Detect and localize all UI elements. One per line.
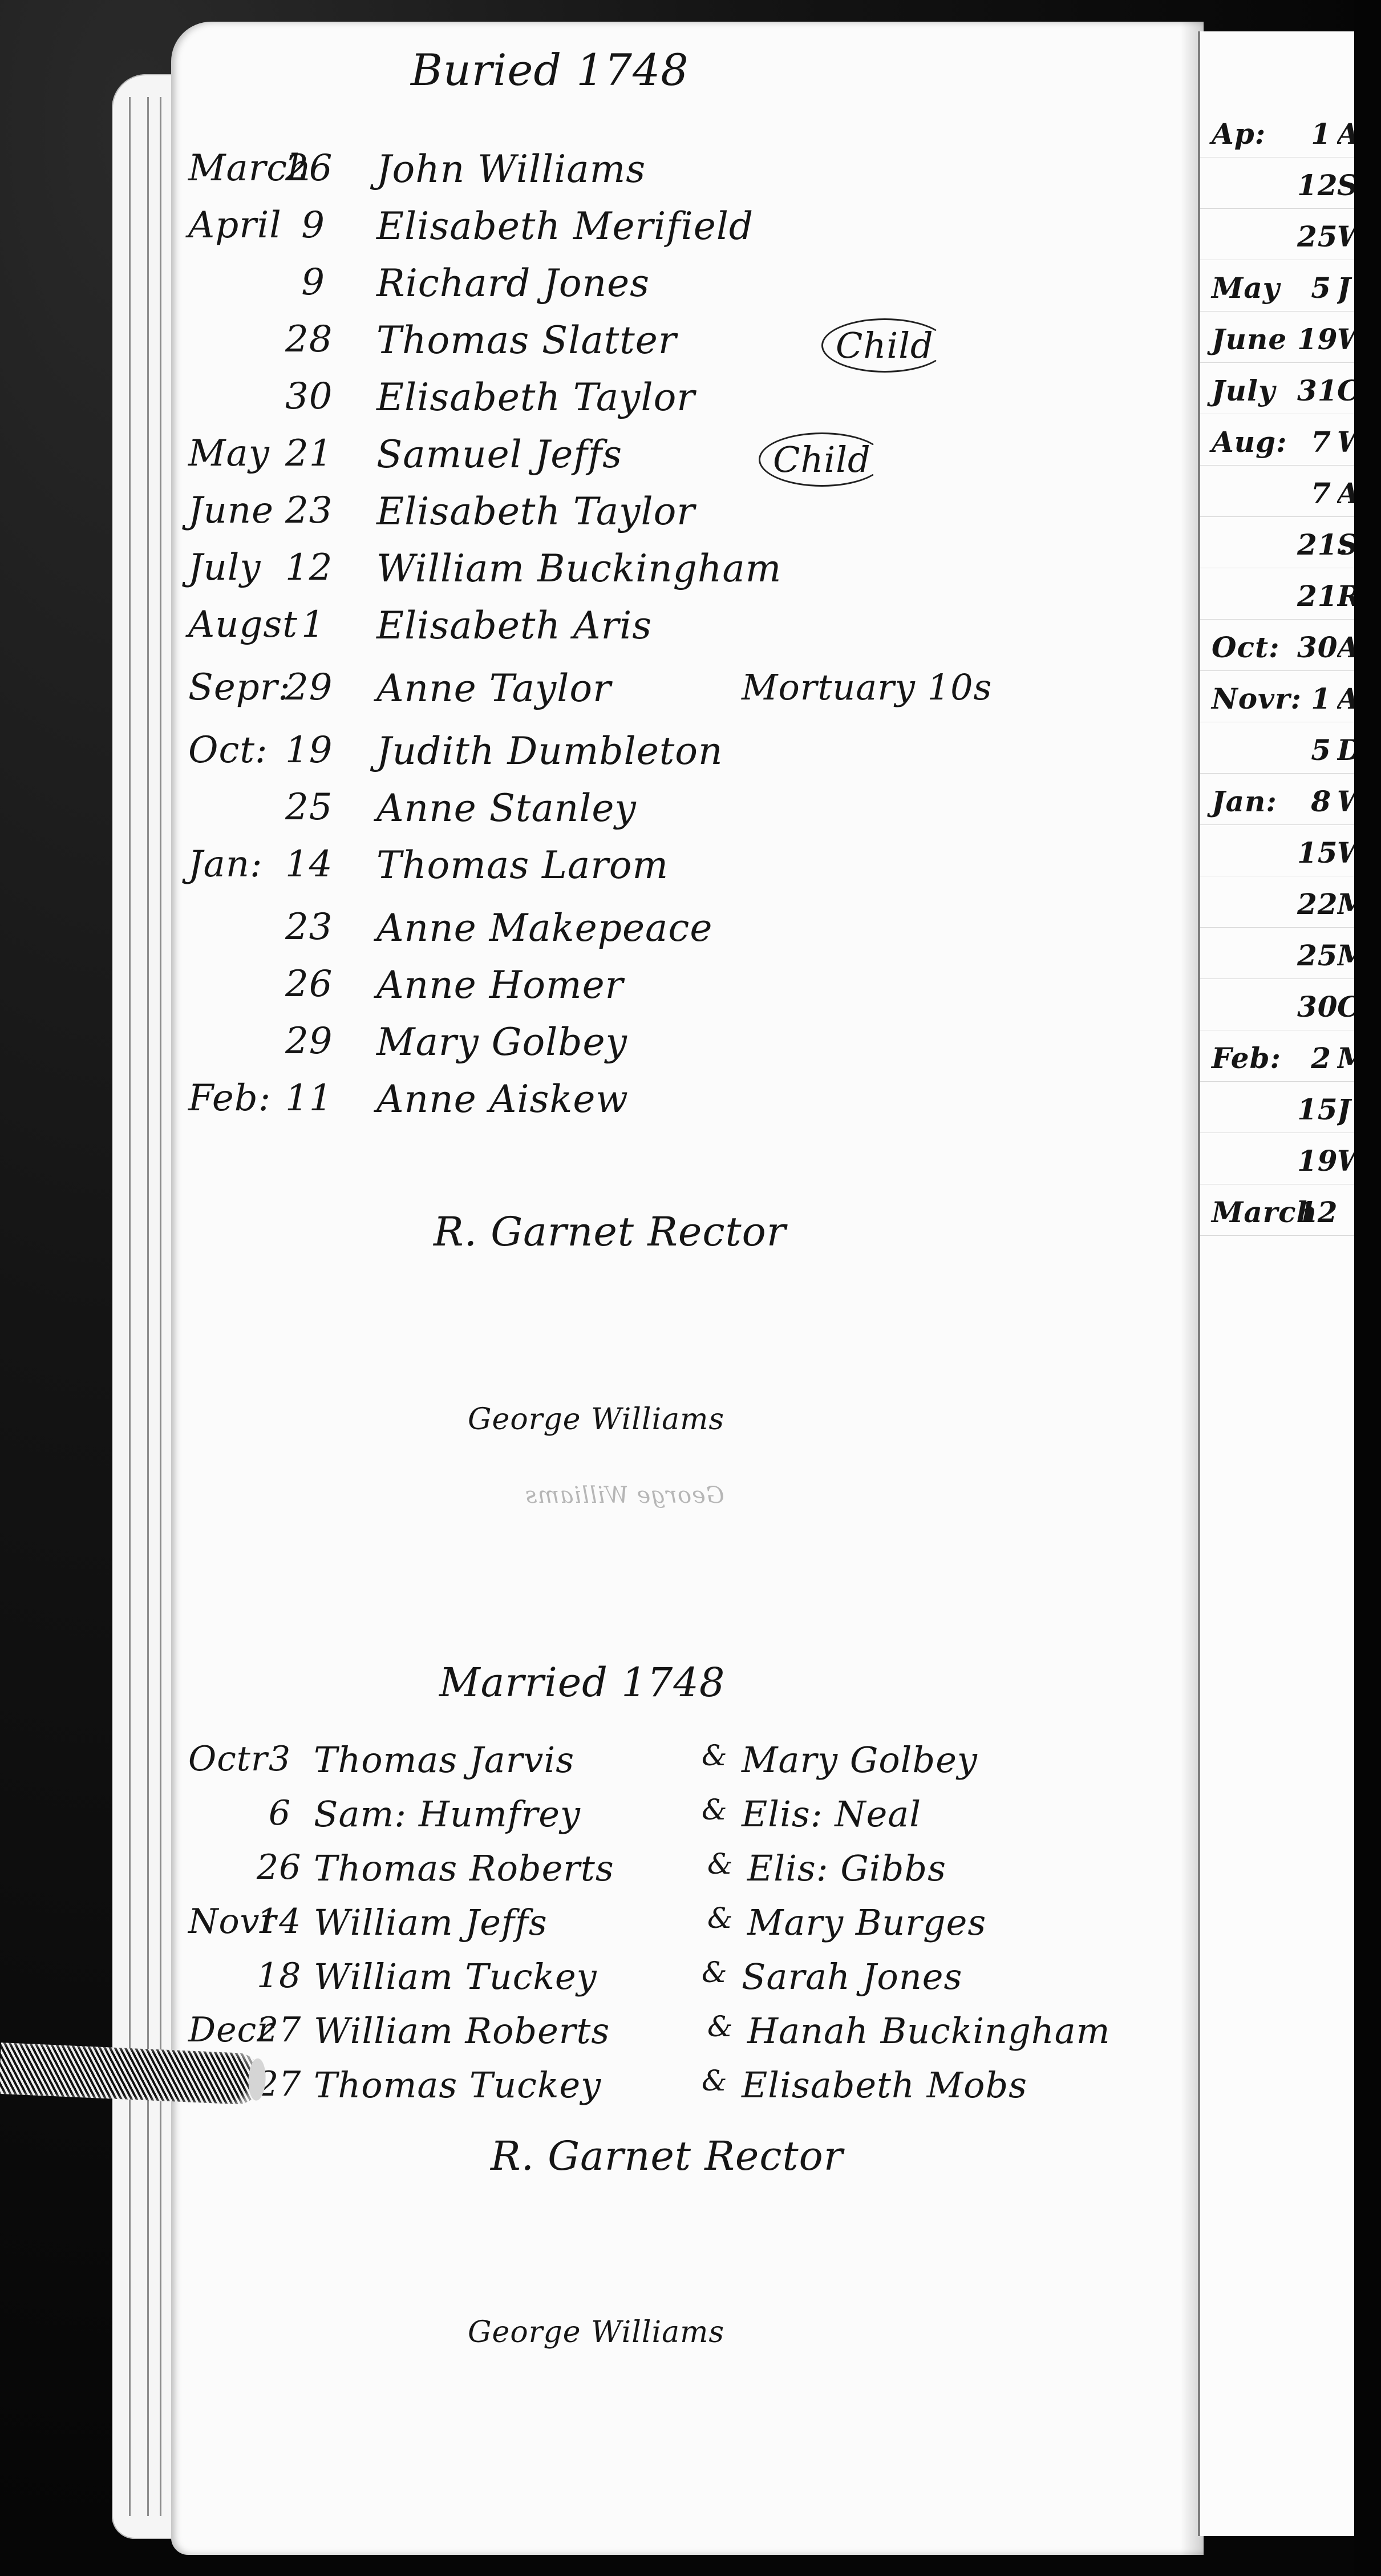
- entry-day: 5: [1297, 733, 1331, 767]
- entry-month: Oct:: [1212, 630, 1280, 664]
- right-page-entry: 15J: [1200, 1093, 1356, 1144]
- entry-day: 25: [1297, 220, 1331, 253]
- marriage-entry: 27Thomas Tuckey&Elisabeth Mobs: [171, 2064, 1198, 2121]
- entry-day: 1: [1297, 117, 1331, 151]
- marriage-entry: 18William Tuckey&Sarah Jones: [171, 1956, 1198, 2013]
- entry-name-initial: W: [1337, 220, 1356, 253]
- burial-entry: Sepr:29Anne TaylorMortuary 10s: [171, 666, 1198, 723]
- burial-entry: 9Richard Jones: [171, 261, 1198, 318]
- bride-name: Sarah Jones: [742, 1956, 962, 1997]
- burial-entry: March26John Williams: [171, 147, 1198, 204]
- groom-name: William Tuckey: [314, 1956, 597, 1997]
- entry-name: Anne Aiskew: [376, 1077, 629, 1121]
- groom-name: Sam: Humfrey: [314, 1793, 581, 1835]
- entry-day: 29: [285, 666, 325, 709]
- burial-entry: Jan:14Thomas Larom: [171, 843, 1198, 900]
- entry-month: Jan:: [188, 843, 263, 885]
- groom-name: William Roberts: [314, 2010, 610, 2052]
- entry-name-initial: J: [1337, 1093, 1356, 1126]
- right-page-entry: Jan:8W: [1200, 784, 1356, 836]
- entry-month: June: [1212, 322, 1287, 356]
- entry-name-initial: D: [1337, 733, 1356, 767]
- entry-day: 8: [1297, 784, 1331, 818]
- right-page-entry: June19W: [1200, 322, 1356, 374]
- entry-name-initial: W: [1337, 425, 1356, 459]
- entry-day: 14: [285, 843, 325, 885]
- entry-name-initial: A: [1337, 476, 1356, 510]
- right-page-entry: 30C: [1200, 990, 1356, 1041]
- entry-month: July: [188, 547, 261, 589]
- right-page-entry: May5J: [1200, 271, 1356, 322]
- entry-day: 30: [1297, 630, 1331, 664]
- entry-name: Anne Stanley: [376, 786, 637, 830]
- ampersand: &: [707, 1902, 734, 1935]
- right-page-entry: 22M: [1200, 887, 1356, 939]
- entry-day: 1: [1297, 682, 1331, 715]
- entry-name-initial: C: [1337, 374, 1356, 407]
- burial-entry: May21Samuel JeffsChild: [171, 432, 1198, 490]
- bride-name: Mary Burges: [747, 1902, 986, 1943]
- entry-day: 15: [1297, 836, 1331, 870]
- entry-day: 19: [285, 729, 325, 771]
- entry-name: Anne Homer: [376, 963, 623, 1007]
- right-page-entry: 5D: [1200, 733, 1356, 784]
- entry-day: 9: [285, 204, 325, 246]
- ampersand: &: [707, 2010, 734, 2043]
- entry-name: Richard Jones: [376, 261, 650, 305]
- entry-day: 26: [285, 147, 325, 189]
- right-page-entry: 12S: [1200, 168, 1356, 220]
- ampersand: &: [702, 1739, 728, 1772]
- bride-name: Elis: Gibbs: [747, 1847, 946, 1889]
- entry-note: Mortuary 10s: [742, 666, 992, 708]
- burials-rector-signature: R. Garnet Rector: [434, 1208, 786, 1255]
- burial-entry: June23Elisabeth Taylor: [171, 490, 1198, 547]
- entry-month: May: [188, 432, 270, 475]
- entry-day: 29: [285, 1020, 325, 1062]
- marriages-warden-signature: George Williams: [468, 2315, 724, 2349]
- entry-name: Judith Dumbleton: [376, 729, 723, 773]
- right-page-entry: Ap:1A: [1200, 117, 1356, 168]
- right-page-entry: 7A: [1200, 476, 1356, 528]
- entry-day: 27: [257, 2010, 291, 2050]
- right-page-entry: 19W: [1200, 1144, 1356, 1195]
- entry-day: 21: [1297, 579, 1331, 613]
- entry-name-initial: M: [1337, 939, 1356, 972]
- entry-month: Augst: [188, 604, 298, 646]
- entry-name: Elisabeth Taylor: [376, 490, 695, 533]
- entry-month: April: [188, 204, 282, 246]
- burial-entry: Oct:19Judith Dumbleton: [171, 729, 1198, 786]
- burial-entry: Augst1Elisabeth Aris: [171, 604, 1198, 661]
- entry-day: 1: [285, 604, 325, 646]
- entry-note: Child: [759, 432, 885, 487]
- marriages-title: Married 1748: [439, 1659, 725, 1706]
- entry-month: May: [1212, 271, 1280, 305]
- entry-day: 30: [285, 375, 325, 418]
- entry-day: 25: [1297, 939, 1331, 972]
- ampersand: &: [702, 2064, 728, 2097]
- right-dark-edge: [1354, 0, 1381, 2576]
- marriages-rector-signature: R. Garnet Rector: [491, 2133, 843, 2179]
- entry-day: 23: [285, 906, 325, 948]
- entry-name: Thomas Slatter: [376, 318, 677, 362]
- burial-entry: 23Anne Makepeace: [171, 906, 1198, 963]
- entry-name-initial: A: [1337, 682, 1356, 715]
- entry-day: 25: [285, 786, 325, 828]
- entry-day: 12: [285, 547, 325, 589]
- marriage-entry: 26Thomas Roberts&Elis: Gibbs: [171, 1847, 1198, 1904]
- burial-entry: April9Elisabeth Merifield: [171, 204, 1198, 261]
- entry-name: William Buckingham: [376, 547, 781, 591]
- entry-name-initial: W: [1337, 1144, 1356, 1178]
- bride-name: Mary Golbey: [742, 1739, 978, 1781]
- entry-name: Elisabeth Aris: [376, 604, 652, 648]
- entry-month: June: [188, 490, 274, 532]
- ampersand: &: [702, 1956, 728, 1989]
- entry-day: 21: [285, 432, 325, 475]
- entry-name: John Williams: [376, 147, 646, 191]
- entry-name-initial: J: [1337, 271, 1356, 305]
- marriage-entry: Octr3Thomas Jarvis&Mary Golbey: [171, 1739, 1198, 1796]
- entry-day: 7: [1297, 476, 1331, 510]
- entry-day: 18: [257, 1956, 291, 1996]
- entry-day: 12: [1297, 168, 1331, 202]
- left-page: Buried 1748 March26John WilliamsApril9El…: [171, 22, 1204, 2555]
- entry-month: Sepr:: [188, 666, 291, 709]
- right-page-entry: Aug:7W: [1200, 425, 1356, 476]
- entry-day: 9: [285, 261, 325, 304]
- burial-entry: 28Thomas SlatterChild: [171, 318, 1198, 375]
- marriage-entry: Decr27William Roberts&Hanah Buckingham: [171, 2010, 1198, 2067]
- entry-month: Jan:: [1212, 784, 1277, 818]
- marriage-entry: Novr14William Jeffs&Mary Burges: [171, 1902, 1198, 1959]
- right-page-entry: Oct:30A: [1200, 630, 1356, 682]
- entry-day: 12: [1297, 1195, 1331, 1229]
- burial-entry: 25Anne Stanley: [171, 786, 1198, 843]
- right-page-entry: 25W: [1200, 220, 1356, 271]
- entry-name-initial: M: [1337, 1041, 1356, 1075]
- entry-name-initial: C: [1337, 990, 1356, 1024]
- burial-entry: July12William Buckingham: [171, 547, 1198, 604]
- entry-day: 30: [1297, 990, 1331, 1024]
- entry-name: Elisabeth Merifield: [376, 204, 754, 248]
- entry-month: July: [1212, 374, 1275, 407]
- entry-note: Child: [821, 318, 948, 373]
- entry-day: 26: [257, 1847, 291, 1887]
- right-page-entry: Feb:2M: [1200, 1041, 1356, 1093]
- marriage-entry: 6Sam: Humfrey&Elis: Neal: [171, 1793, 1198, 1850]
- entry-month: Ap:: [1212, 117, 1266, 151]
- groom-name: Thomas Roberts: [314, 1847, 614, 1889]
- ampersand: &: [707, 1847, 734, 1881]
- entry-month: Feb:: [1212, 1041, 1281, 1075]
- entry-day: 7: [1297, 425, 1331, 459]
- entry-day: 2: [1297, 1041, 1331, 1075]
- entry-name-initial: W: [1337, 322, 1356, 356]
- entry-day: 22: [1297, 887, 1331, 921]
- entry-month: Oct:: [188, 729, 268, 771]
- bride-name: Hanah Buckingham: [747, 2010, 1110, 2052]
- entry-day: 23: [285, 490, 325, 532]
- entry-day: 11: [285, 1077, 325, 1119]
- right-page-entry: 21.S: [1200, 528, 1356, 579]
- entry-month: Aug:: [1212, 425, 1287, 459]
- entry-name-initial: S: [1337, 168, 1356, 202]
- entry-name: Mary Golbey: [376, 1020, 627, 1064]
- entry-name: Anne Makepeace: [376, 906, 712, 950]
- right-page-fragment: Ap:1A12S25WMay5JJune19WJuly31CAug:7W7A21…: [1198, 31, 1354, 2536]
- entry-day: 21.: [1297, 528, 1331, 561]
- right-page-entry: March12: [1200, 1195, 1356, 1247]
- entry-name: Thomas Larom: [376, 843, 669, 887]
- burials-warden-signature: George Williams: [468, 1402, 724, 1437]
- bleed-through-text: George Williams: [525, 1482, 724, 1509]
- entry-day: 3: [257, 1739, 291, 1779]
- entry-day: 19: [1297, 1144, 1331, 1178]
- entry-day: 31: [1297, 374, 1331, 407]
- entry-name-initial: A: [1337, 117, 1356, 151]
- groom-name: William Jeffs: [314, 1902, 548, 1943]
- bride-name: Elis: Neal: [742, 1793, 921, 1835]
- entry-name: Elisabeth Taylor: [376, 375, 695, 419]
- entry-month: Novr:: [1212, 682, 1302, 715]
- entry-day: 26: [285, 963, 325, 1005]
- entry-name-initial: M: [1337, 887, 1356, 921]
- entry-name-initial: R: [1337, 579, 1356, 613]
- entry-name-initial: S: [1337, 528, 1356, 561]
- burial-entry: Feb:11Anne Aiskew: [171, 1077, 1198, 1134]
- entry-name-initial: W: [1337, 784, 1356, 818]
- burial-entry: 26Anne Homer: [171, 963, 1198, 1020]
- groom-name: Thomas Tuckey: [314, 2064, 601, 2106]
- burials-title: Buried 1748: [411, 45, 689, 95]
- entry-name: Samuel Jeffs: [376, 432, 622, 476]
- burial-entry: 29Mary Golbey: [171, 1020, 1198, 1077]
- entry-name: Anne Taylor: [376, 666, 611, 710]
- entry-day: 14: [257, 1902, 291, 1942]
- entry-name-initial: A: [1337, 630, 1356, 664]
- entry-day: 28: [285, 318, 325, 361]
- right-page-entry: 21R: [1200, 579, 1356, 630]
- groom-name: Thomas Jarvis: [314, 1739, 574, 1781]
- entry-name-initial: W: [1337, 836, 1356, 870]
- right-page-entry: Novr:1A: [1200, 682, 1356, 733]
- entry-day: 15: [1297, 1093, 1331, 1126]
- entry-month: Octr: [188, 1739, 268, 1779]
- bride-name: Elisabeth Mobs: [742, 2064, 1027, 2106]
- entry-month: Feb:: [188, 1077, 271, 1119]
- right-page-entry: 25M: [1200, 939, 1356, 990]
- burial-entry: 30Elisabeth Taylor: [171, 375, 1198, 432]
- right-page-entry: July31C: [1200, 374, 1356, 425]
- right-page-entry: 15W: [1200, 836, 1356, 887]
- entry-day: 19: [1297, 322, 1331, 356]
- entry-day: 5: [1297, 271, 1331, 305]
- entry-day: 6: [257, 1793, 291, 1833]
- ampersand: &: [702, 1793, 728, 1826]
